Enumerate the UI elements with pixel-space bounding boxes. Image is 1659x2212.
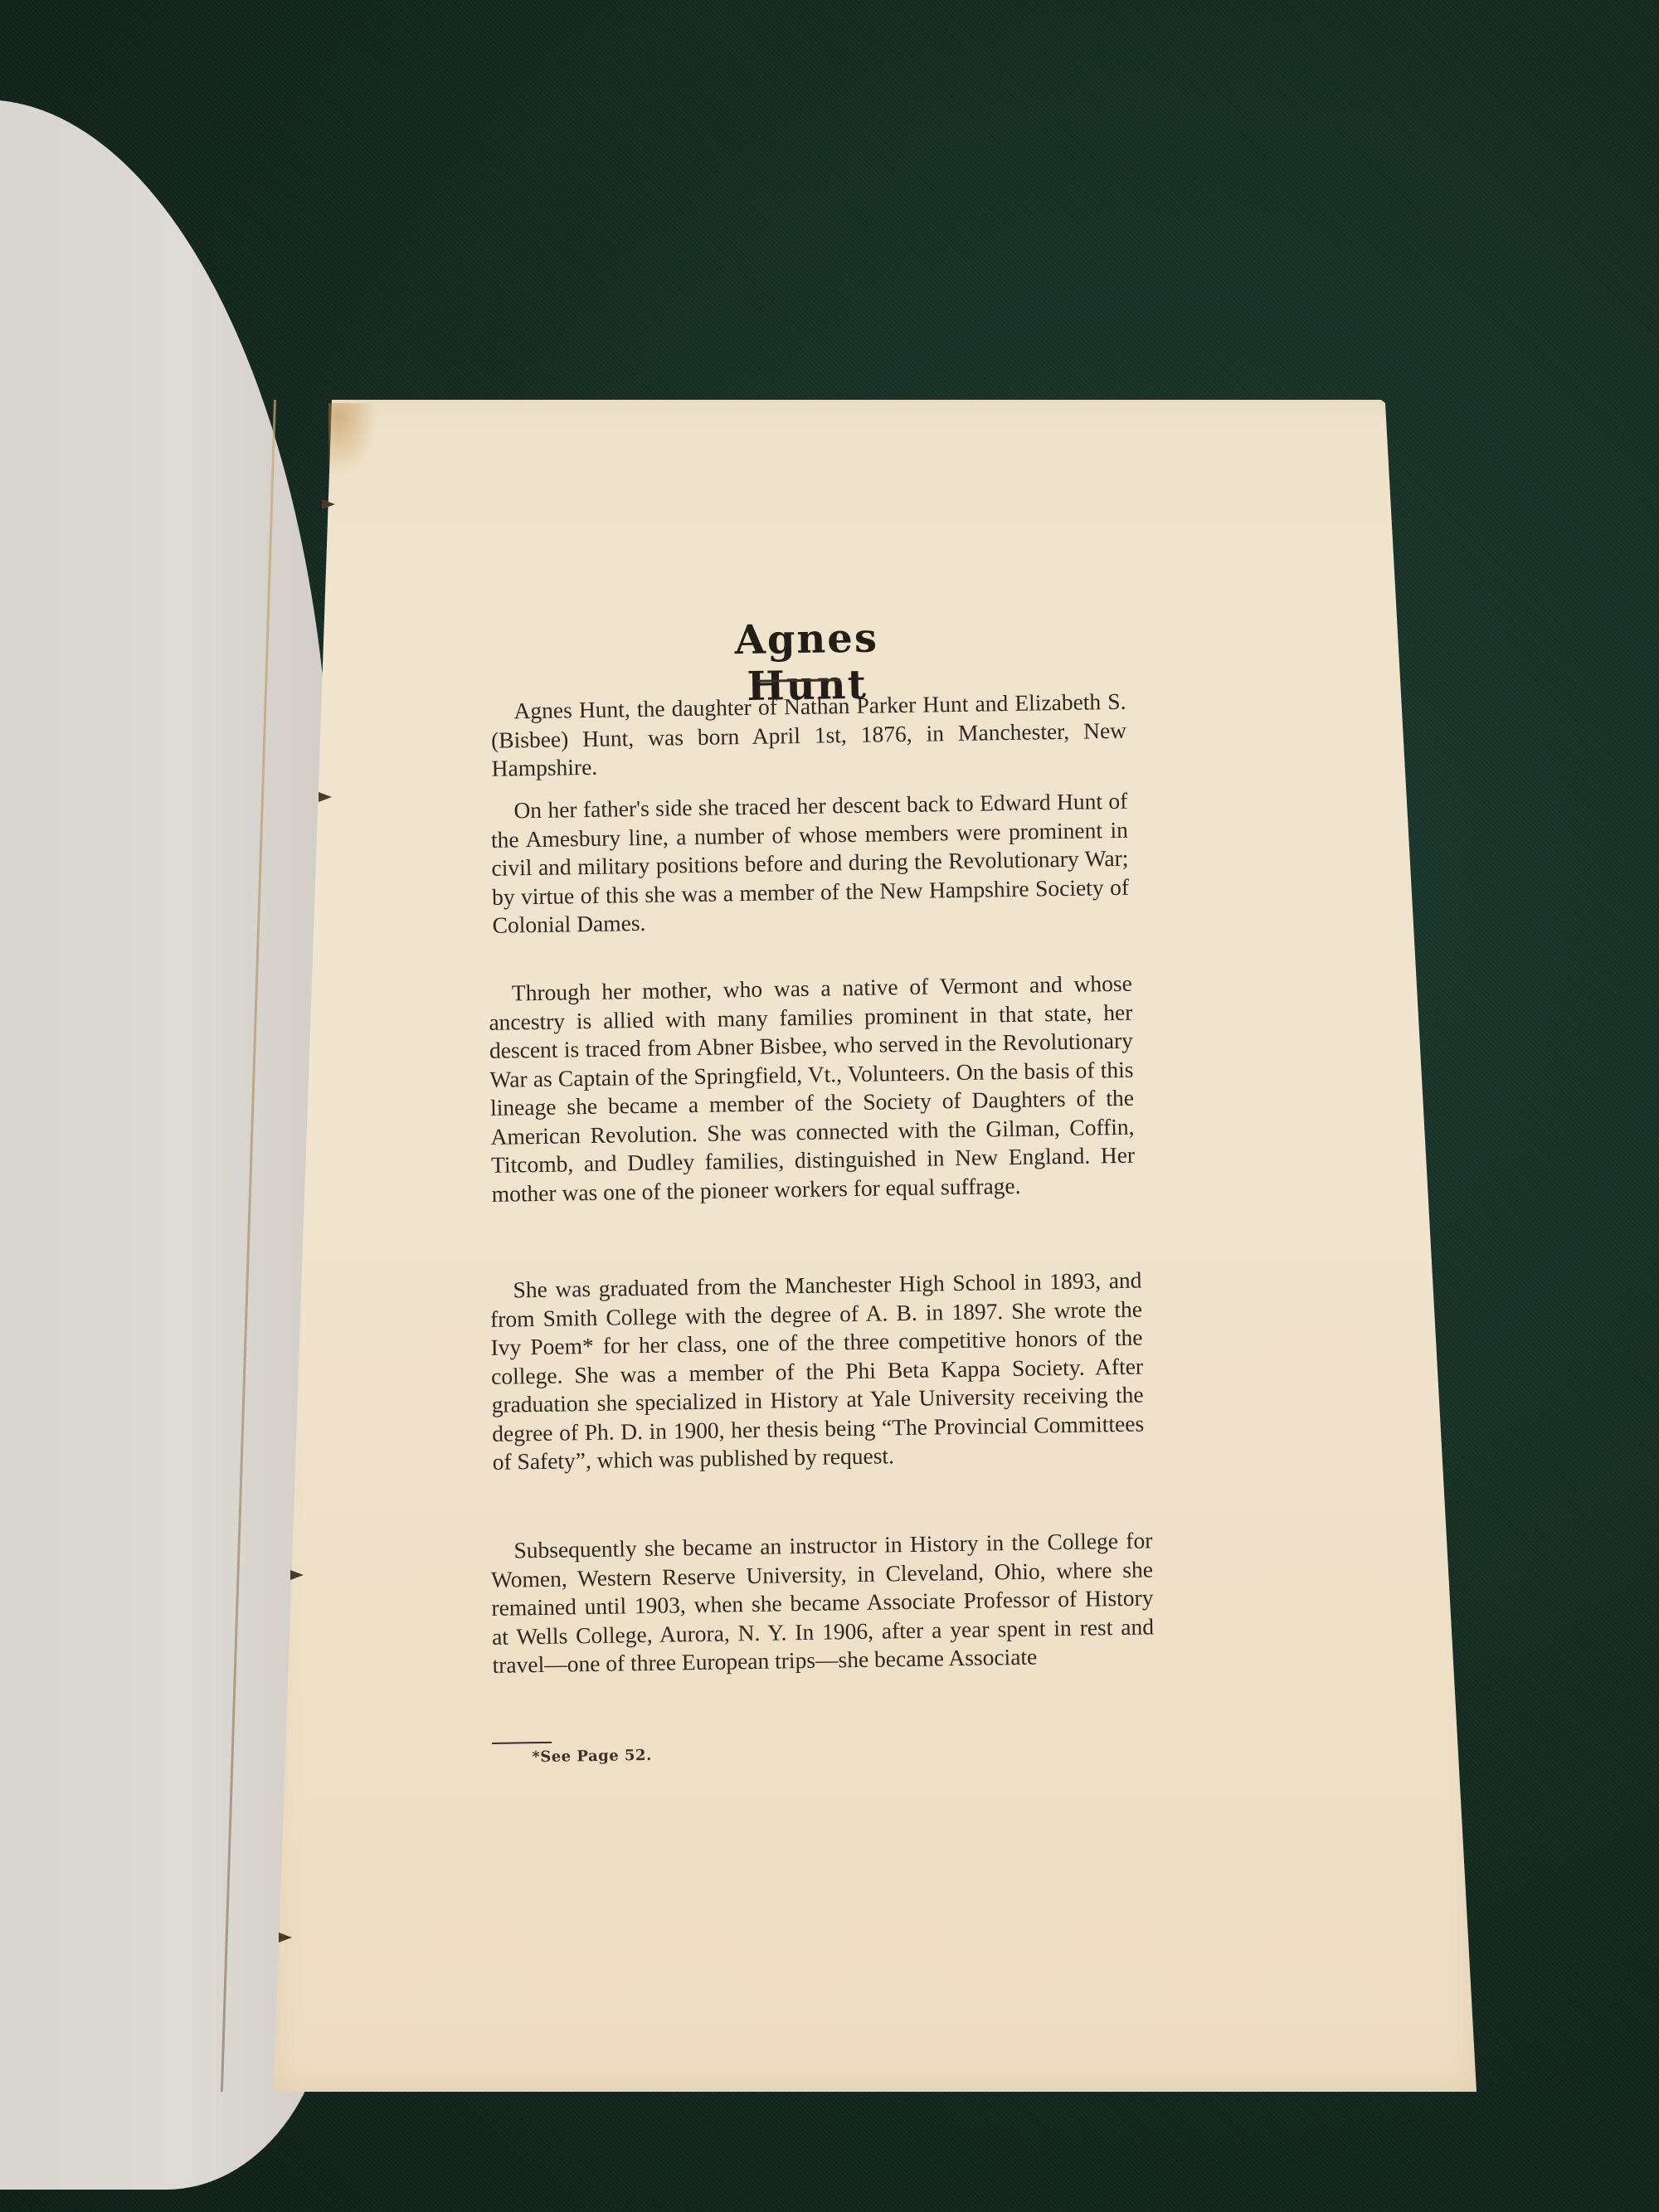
paragraph-maternal-lineage: Through her mother, who was a native of … (489, 970, 1136, 1208)
paragraph-birth: Agnes Hunt, the daughter of Nathan Parke… (490, 688, 1127, 784)
page-text: Agnes Hunt Agnes Hunt, the daughter of N… (0, 0, 1659, 2212)
footnote: *See Page 52. (532, 1747, 652, 1766)
paragraph-education: She was graduated from the Manchester Hi… (489, 1266, 1145, 1477)
footnote-rule (492, 1742, 552, 1744)
photo-scene: Agnes Hunt Agnes Hunt, the daughter of N… (0, 0, 1659, 2212)
paragraph-career: Subsequently she became an instructor in… (490, 1526, 1155, 1680)
paragraph-paternal-lineage: On her father's side she traced her desc… (490, 787, 1130, 941)
